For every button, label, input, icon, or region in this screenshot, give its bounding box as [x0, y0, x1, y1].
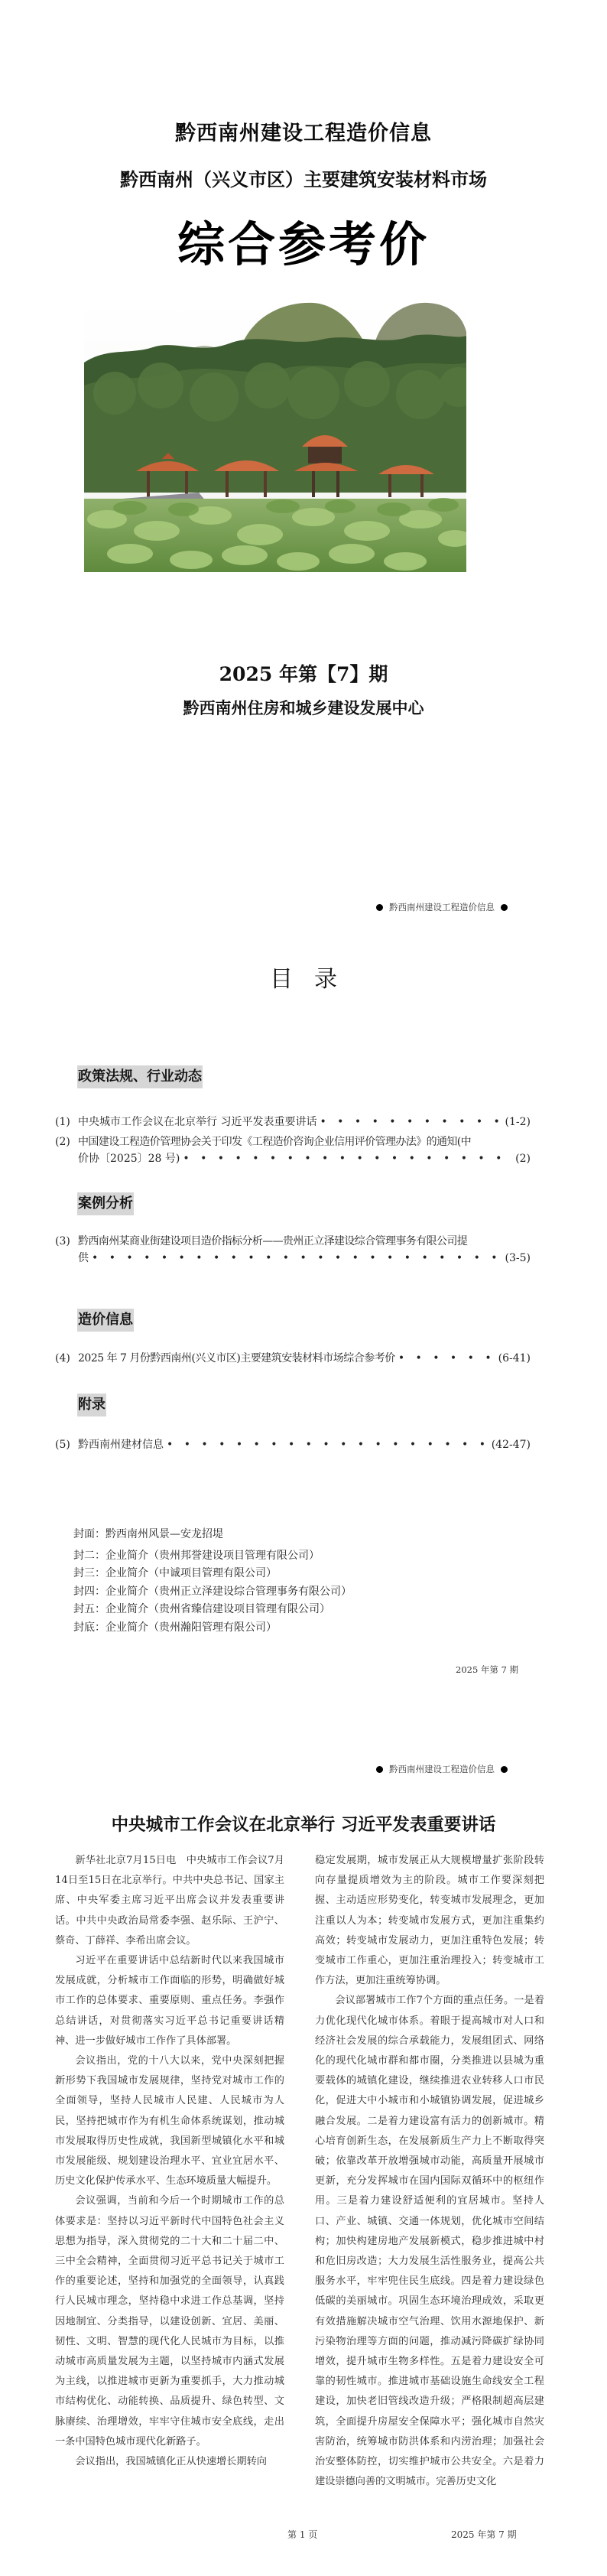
cover-note-2: 封二：企业简介（贵州邦誉建设项目管理有限公司） [73, 1547, 352, 1566]
dot-leader: • • • • • • • • • • • • • • • • • • • • … [320, 1114, 502, 1130]
cover-publisher: 黔西南州住房和城乡建设发展中心 [0, 696, 607, 719]
article-paragraph: 会议指出，我国城镇化正从快速增长期转向 [55, 2452, 284, 2472]
bullet-dot-icon [376, 904, 383, 911]
toc-entry-4[interactable]: (4) 2025 年 7 月份黔西南州(兴义市区)主要建筑安装材料市场综合参考价… [55, 1350, 531, 1367]
toc-entry-3[interactable]: (3) 黔西南州某商业街建设项目造价指标分析——贵州正立泽建设综合管理事务有限公… [55, 1233, 531, 1267]
article-paragraph: 习近平在重要讲话中总结新时代以来我国城市发展成就，分析城市工作面临的形势，明确做… [55, 1951, 284, 2051]
article-column-left: 新华社北京7月15日电 中央城市工作会议7月14日至15日在北京举行。中共中央总… [55, 1851, 284, 2472]
dot-leader: • • • • • • • • • • • • • • • • • • • • … [183, 1150, 512, 1167]
article-paragraph: 稳定发展期，城市发展正从大规模增量扩张阶段转向存量提质增效为主的阶段。城市工作要… [315, 1851, 544, 1991]
dot-leader: • • • • • • • • • • • • • • • • • • • • … [167, 1436, 489, 1453]
article-column-right: 稳定发展期，城市发展正从大规模增量扩张阶段转向存量提质增效为主的阶段。城市工作要… [315, 1851, 544, 2493]
toc-issue-footer: 2025 年第 7 期 [456, 1664, 518, 1676]
bullet-dot-icon [376, 1766, 383, 1773]
cover-notes-list: 封面：黔西南州风景—安龙招堤 封二：企业简介（贵州邦誉建设项目管理有限公司） 封… [73, 1526, 352, 1637]
toc-entry-5[interactable]: (5) 黔西南州建材信息 • • • • • • • • • • • • • •… [55, 1436, 531, 1453]
toc-page-ref: (2) [515, 1150, 531, 1167]
toc-page-ref: (42-47) [492, 1436, 531, 1453]
bullet-dot-icon [501, 1766, 508, 1773]
article-title: 中央城市工作会议在北京举行 习近平发表重要讲话 [0, 1811, 607, 1836]
toc-section-heading-policy: 政策法规、行业动态 [77, 1065, 203, 1088]
cover-note-5: 封五：企业简介（贵州省臻信建设项目管理有限公司） [73, 1601, 352, 1619]
cover-note-3: 封三：企业简介（中诚项目管理有限公司） [73, 1565, 352, 1583]
cover-note-front: 封面：黔西南州风景—安龙招堤 [73, 1526, 352, 1544]
cover-title-market: 黔西南州（兴义市区）主要建筑安装材料市场 [0, 164, 607, 191]
cover-title-main: 综合参考价 [0, 207, 607, 275]
toc-page-ref: (3-5) [505, 1250, 531, 1267]
toc-section-heading-appendix: 附录 [77, 1394, 106, 1416]
landscape-pavilion-illustration [84, 301, 466, 572]
page-footer-issue: 2025 年第 7 期 [451, 2528, 517, 2541]
toc-entry-1[interactable]: (1) 中央城市工作会议在北京举行 习近平发表重要讲话 • • • • • • … [55, 1114, 531, 1130]
toc-entry-2[interactable]: (2) 中国建设工程造价管理协会关于印发《工程造价咨询企业信用评价管理办法》的通… [55, 1134, 531, 1167]
cover-issue-number: 2025 年第【7】期 [0, 659, 607, 687]
cover-title-publication: 黔西南州建设工程造价信息 [0, 116, 607, 146]
article-paragraph: 会议指出，党的十八大以来，党中央深刻把握新形势下我国城市发展规律，坚持党对城市工… [55, 2051, 284, 2191]
cover-photo-landscape [84, 301, 466, 572]
bullet-dot-icon [501, 904, 508, 911]
cover-note-4: 封四：企业简介（贵州正立泽建设综合管理事务有限公司） [73, 1583, 352, 1602]
running-header-article: 黔西南州建设工程造价信息 [376, 1763, 508, 1775]
page-number: 第 1 页 [287, 2528, 317, 2541]
toc-section-heading-price: 造价信息 [77, 1309, 134, 1332]
running-header-toc: 黔西南州建设工程造价信息 [376, 901, 508, 913]
article-paragraph: 新华社北京7月15日电 中央城市工作会议7月14日至15日在北京举行。中共中央总… [55, 1851, 284, 1951]
toc-section-heading-case: 案例分析 [77, 1192, 134, 1215]
running-header-text: 黔西南州建设工程造价信息 [389, 901, 495, 913]
dot-leader: • • • • • • • • • • • • • • • • • • • • … [92, 1250, 502, 1267]
article-paragraph: 会议部署城市工作7个方面的重点任务。一是着力优化现代化城市体系。着眼于提高城市对… [315, 1991, 544, 2492]
cover-note-back: 封底：企业简介（贵州瀚阳管理有限公司） [73, 1619, 352, 1638]
running-header-text: 黔西南州建设工程造价信息 [389, 1763, 495, 1775]
toc-page-ref: (6-41) [498, 1350, 531, 1367]
article-paragraph: 会议强调，当前和今后一个时期城市工作的总体要求是：坚持以习近平新时代中国特色社会… [55, 2191, 284, 2452]
dot-leader: • • • • • • • • • • • • • • • • • • • • … [398, 1350, 495, 1367]
toc-title: 目录 [0, 960, 607, 994]
toc-page-ref: (1-2) [505, 1114, 531, 1130]
